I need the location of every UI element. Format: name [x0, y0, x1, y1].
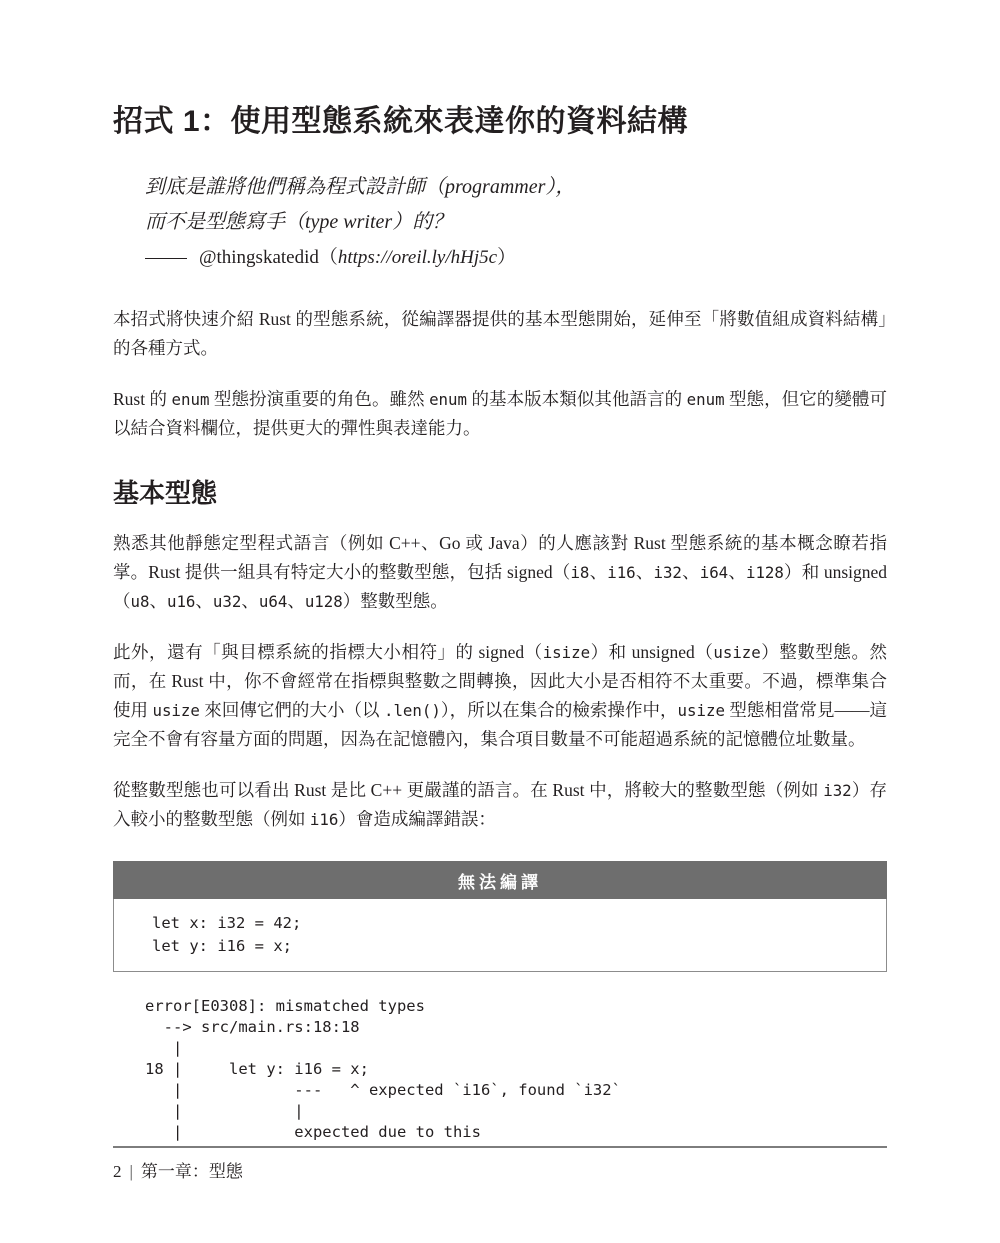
epigraph-quote: 到底是誰將他們稱為程式設計師（programmer）， 而不是型態寫手（type…: [145, 170, 887, 275]
page-content: 招式 1：使用型態系統來表達你的資料結構 到底是誰將他們稱為程式設計師（prog…: [113, 0, 887, 1143]
page-footer: 2|第一章：型態: [113, 1146, 887, 1182]
paragraph-intro: 本招式將快速介紹 Rust 的型態系統，從編譯器提供的基本型態開始，延伸至「將數…: [113, 305, 887, 363]
quote-line-1: 到底是誰將他們稱為程式設計師（programmer），: [145, 170, 887, 205]
paragraph-isize-usize: 此外，還有「與目標系統的指標大小相符」的 signed（isize）和 unsi…: [113, 638, 887, 754]
footer-divider: |: [130, 1162, 133, 1182]
paragraph-integer-types: 熟悉其他靜態定型程式語言（例如 C++、Go 或 Java）的人應該對 Rust…: [113, 529, 887, 616]
book-page: 招式 1：使用型態系統來表達你的資料結構 到底是誰將他們稱為程式設計師（prog…: [0, 0, 1000, 1243]
quote-line-2: 而不是型態寫手（type writer）的？: [145, 205, 887, 240]
code-block-header-does-not-compile: 無法編譯: [113, 861, 887, 899]
code-block-source: let x: i32 = 42; let y: i16 = x;: [113, 899, 887, 972]
paragraph-enum: Rust 的 enum 型態扮演重要的角色。雖然 enum 的基本版本類似其他語…: [113, 385, 887, 443]
paragraph-strictness: 從整數型態也可以看出 Rust 是比 C++ 更嚴謹的語言。在 Rust 中，將…: [113, 776, 887, 834]
section-heading-basic-types: 基本型態: [113, 477, 887, 509]
footer-chapter-label: 第一章：型態: [141, 1162, 243, 1181]
quote-attribution: @thingskatedid（https://oreil.ly/hHj5c）: [145, 240, 887, 275]
code-example-block: 無法編譯 let x: i32 = 42; let y: i16 = x;: [113, 861, 887, 972]
footer-page-number: 2: [113, 1162, 122, 1181]
compiler-error-output: error[E0308]: mismatched types --> src/m…: [145, 996, 887, 1143]
page-title: 招式 1：使用型態系統來表達你的資料結構: [113, 103, 887, 141]
